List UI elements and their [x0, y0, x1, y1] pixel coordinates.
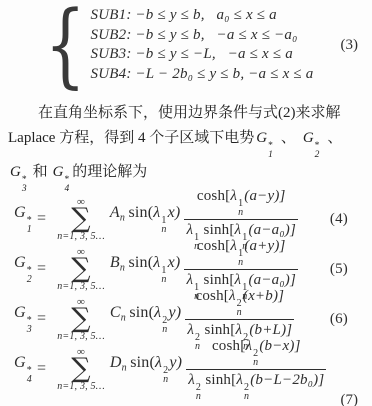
summation-symbol: ∞ ∑ n=1, 3, 5…	[57, 297, 105, 342]
paragraph-line-1: 在直角坐标系下，使用边界条件与式(2)来求解	[8, 101, 364, 126]
fraction-bar	[184, 269, 298, 270]
eq5-lhs: G*2	[14, 254, 33, 286]
equation-6-number: (6)	[330, 311, 348, 328]
eq5-term: Bn sin(λ1nx)	[110, 254, 181, 286]
eq7-term: Dn sin(λ2ny)	[110, 354, 182, 386]
potential-g1: G*1	[256, 130, 274, 146]
summation-symbol: ∞ ∑ n=1, 3, 5…	[57, 197, 105, 242]
scanned-paper-page: { SUB1: −b ≤ y ≤ b, a₀ ≤ x ≤ a SUB2: −b …	[0, 4, 372, 406]
eq4-lhs: G*1	[14, 204, 33, 236]
case-line-sub1: SUB1: −b ≤ y ≤ b, a₀ ≤ x ≤ a	[91, 6, 314, 26]
case-line-sub4: SUB4: −L − 2b₀ ≤ y ≤ b, −a ≤ x ≤ a	[91, 65, 314, 85]
equation-5-number: (5)	[330, 261, 348, 278]
eq7-fraction: cosh[λ2n(b−x)] λ2n sinh[λ2n(b−L−2b₀)]	[186, 337, 326, 403]
left-brace: {	[45, 4, 86, 87]
eq6-term: Cn sin(λ2ny)	[110, 304, 181, 336]
potential-g2: G*2	[303, 130, 321, 146]
eq4-term: An sin(λ1nx)	[110, 204, 181, 236]
paragraph-line-2: Laplace 方程，得到 4 个子区域下电势G*1、G*2、	[8, 126, 364, 160]
fraction-bar	[186, 369, 326, 370]
potential-g4: G*4	[53, 164, 71, 180]
eq6-lhs: G*3	[14, 304, 33, 336]
summation-symbol: ∞ ∑ n=1, 3, 5…	[57, 247, 105, 292]
fraction-bar	[184, 219, 298, 220]
potential-g3: G*3	[10, 164, 28, 180]
equation-3-block: { SUB1: −b ≤ y ≤ b, a₀ ≤ x ≤ a SUB2: −b …	[36, 4, 372, 87]
equation-4-number: (4)	[330, 211, 348, 228]
case-lines: SUB1: −b ≤ y ≤ b, a₀ ≤ x ≤ a SUB2: −b ≤ …	[91, 6, 314, 84]
fraction-bar	[185, 319, 294, 320]
body-paragraph: 在直角坐标系下，使用边界条件与式(2)来求解 Laplace 方程，得到 4 个…	[8, 101, 364, 195]
case-line-sub2: SUB2: −b ≤ y ≤ b, −a ≤ x ≤ −a₀	[91, 26, 314, 46]
case-line-sub3: SUB3: −b ≤ y ≤ −L, −a ≤ x ≤ a	[91, 45, 314, 65]
equation-3-number: (3)	[341, 37, 359, 54]
summation-symbol: ∞ ∑ n=1, 3, 5…	[57, 347, 105, 392]
eq7-lhs: G*4	[14, 354, 33, 386]
equation-7: G*4 = ∞ ∑ n=1, 3, 5… Dn sin(λ2ny) cosh[λ…	[14, 344, 362, 394]
